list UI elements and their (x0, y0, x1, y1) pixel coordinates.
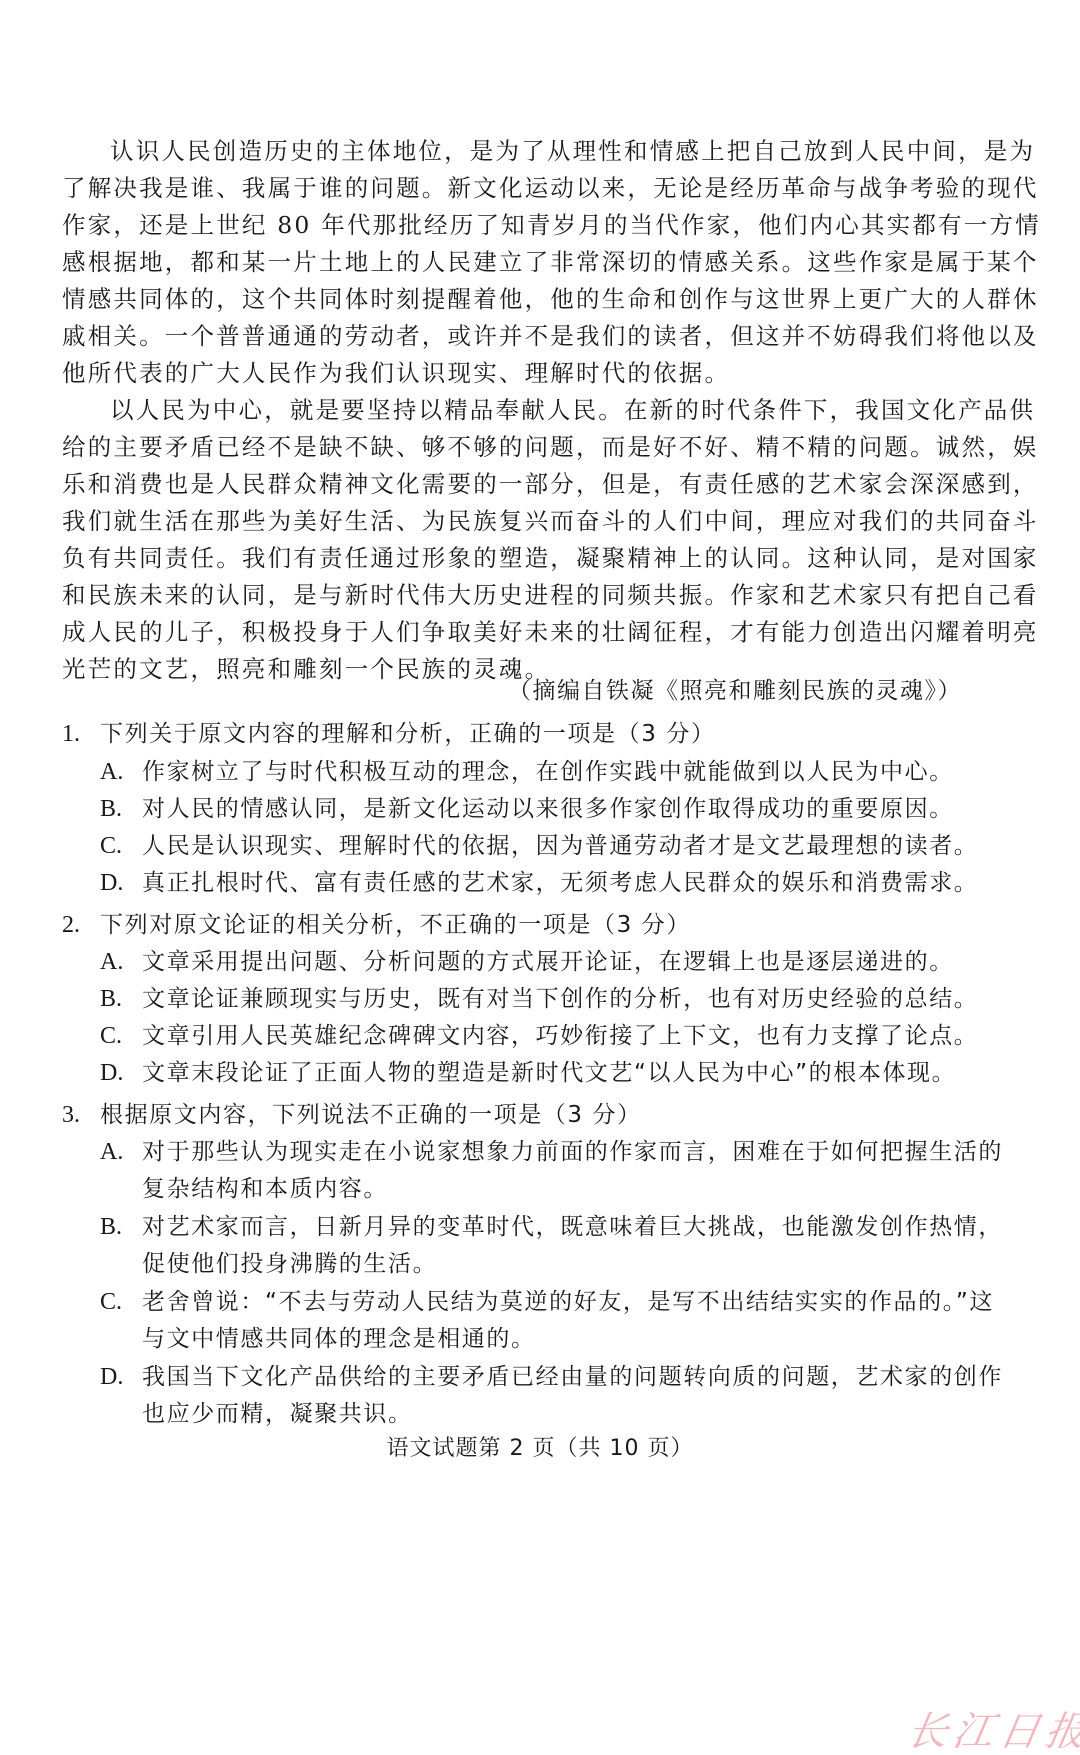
option-text: 文章采用提出问题、分析问题的方式展开论证，在逻辑上也是逐层递进的。 (142, 949, 954, 975)
option-a[interactable]: A.对于那些认为现实走在小说家想象力前面的作家而言，困难在于如何把握生活的 (100, 1137, 1003, 1167)
option-letter: A. (100, 757, 142, 787)
option-text: 我国当下文化产品供给的主要矛盾已经由量的问题转向质的问题，艺术家的创作 (142, 1364, 1003, 1390)
option-text: 对于那些认为现实走在小说家想象力前面的作家而言，困难在于如何把握生活的 (142, 1139, 1003, 1165)
option-letter: A. (100, 1137, 142, 1167)
option-c-continued: 与文中情感共同体的理念是相通的。 (142, 1324, 536, 1354)
option-letter: B. (100, 984, 142, 1014)
option-a[interactable]: A.作家树立了与时代积极互动的理念，在创作实践中就能做到以人民为中心。 (100, 757, 954, 787)
passage-line: 给的主要矛盾已经不是缺不缺、够不够的问题，而是好不好、精不精的问题。诚然，娱 (62, 432, 1020, 462)
option-c[interactable]: C.老舍曾说：“不去与劳动人民结为莫逆的好友，是写不出结结实实的作品的。”这 (100, 1287, 994, 1317)
passage-line: 戚相关。一个普普通通的劳动者，或许并不是我们的读者，但这并不妨碍我们将他以及 (62, 321, 1020, 351)
option-text: 对人民的情感认同，是新文化运动以来很多作家创作取得成功的重要原因。 (142, 796, 954, 822)
question-text: 下列关于原文内容的理解和分析，正确的一项是（3 分） (100, 721, 716, 747)
option-letter: C. (100, 1021, 142, 1051)
option-letter: C. (100, 1287, 142, 1317)
option-d[interactable]: D.文章末段论证了正面人物的塑造是新时代文艺“以人民为中心”的根本体现。 (100, 1058, 956, 1088)
newspaper-watermark: 长江日报 (903, 1700, 1080, 1755)
passage-line: 我们就生活在那些为美好生活、为民族复兴而奋斗的人们中间，理应对我们的共同奋斗 (62, 506, 1020, 536)
question-text: 下列对原文论证的相关分析，不正确的一项是（3 分） (100, 912, 691, 938)
passage-citation: （摘编自铁凝《照亮和雕刻民族的灵魂》） (508, 676, 962, 706)
page-footer: 语文试题第 2 页（共 10 页） (0, 1434, 1080, 1464)
question-text: 根据原文内容，下列说法不正确的一项是（3 分） (100, 1102, 642, 1128)
passage-line: 乐和消费也是人民群众精神文化需要的一部分，但是，有责任感的艺术家会深深感到， (62, 469, 1020, 499)
option-text: 人民是认识现实、理解时代的依据，因为普通劳动者才是文艺最理想的读者。 (142, 833, 978, 859)
question-number: 2. (62, 910, 100, 940)
passage-line: 了解决我是谁、我属于谁的问题。新文化运动以来，无论是经历革命与战争考验的现代 (62, 173, 1020, 203)
passage-line: 成人民的儿子，积极投身于人们争取美好未来的壮阔征程，才有能力创造出闪耀着明亮 (62, 617, 1020, 647)
option-text: 文章论证兼顾现实与历史，既有对当下创作的分析，也有对历史经验的总结。 (142, 986, 978, 1012)
option-d[interactable]: D.真正扎根时代、富有责任感的艺术家，无须考虑人民群众的娱乐和消费需求。 (100, 868, 978, 898)
question-stem: 1.下列关于原文内容的理解和分析，正确的一项是（3 分） (62, 719, 716, 749)
passage-line: 作家，还是上世纪 80 年代那批经历了知青岁月的当代作家，他们内心其实都有一方情 (62, 210, 1020, 240)
option-text: 对艺术家而言，日新月异的变革时代，既意味着巨大挑战，也能激发创作热情， (142, 1214, 1003, 1240)
option-letter: B. (100, 794, 142, 824)
question-number: 1. (62, 719, 100, 749)
option-letter: D. (100, 1362, 142, 1392)
option-b-continued: 促使他们投身沸腾的生活。 (142, 1249, 437, 1279)
option-text: 真正扎根时代、富有责任感的艺术家，无须考虑人民群众的娱乐和消费需求。 (142, 870, 978, 896)
option-letter: C. (100, 831, 142, 861)
option-text: 作家树立了与时代积极互动的理念，在创作实践中就能做到以人民为中心。 (142, 759, 954, 785)
option-b[interactable]: B.对人民的情感认同，是新文化运动以来很多作家创作取得成功的重要原因。 (100, 794, 954, 824)
option-letter: A. (100, 947, 142, 977)
exam-page: 认识人民创造历史的主体地位，是为了从理性和情感上把自己放到人民中间，是为 了解决… (0, 0, 1080, 1755)
passage-line: 他所代表的广大人民作为我们认识现实、理解时代的依据。 (62, 358, 1020, 388)
passage-line: 负有共同责任。我们有责任通过形象的塑造，凝聚精神上的认同。这种认同，是对国家 (62, 543, 1020, 573)
option-text: 老舍曾说：“不去与劳动人民结为莫逆的好友，是写不出结结实实的作品的。”这 (142, 1289, 994, 1315)
option-letter: D. (100, 1058, 142, 1088)
passage-line: 和民族未来的认同，是与新时代伟大历史进程的同频共振。作家和艺术家只有把自己看 (62, 580, 1020, 610)
option-b[interactable]: B.对艺术家而言，日新月异的变革时代，既意味着巨大挑战，也能激发创作热情， (100, 1212, 1003, 1242)
option-text: 文章引用人民英雄纪念碑碑文内容，巧妙衔接了上下文，也有力支撑了论点。 (142, 1023, 978, 1049)
question-number: 3. (62, 1100, 100, 1130)
option-a-continued: 复杂结构和本质内容。 (142, 1174, 388, 1204)
option-text: 文章末段论证了正面人物的塑造是新时代文艺“以人民为中心”的根本体现。 (142, 1060, 956, 1086)
passage-line: 以人民为中心，就是要坚持以精品奉献人民。在新的时代条件下，我国文化产品供 (110, 395, 1020, 425)
option-c[interactable]: C.文章引用人民英雄纪念碑碑文内容，巧妙衔接了上下文，也有力支撑了论点。 (100, 1021, 978, 1051)
option-d-continued: 也应少而精，凝聚共识。 (142, 1399, 413, 1429)
passage-line: 感根据地，都和某一片土地上的人民建立了非常深切的情感关系。这些作家是属于某个 (62, 247, 1020, 277)
option-c[interactable]: C.人民是认识现实、理解时代的依据，因为普通劳动者才是文艺最理想的读者。 (100, 831, 978, 861)
option-d[interactable]: D.我国当下文化产品供给的主要矛盾已经由量的问题转向质的问题，艺术家的创作 (100, 1362, 1003, 1392)
option-letter: B. (100, 1212, 142, 1242)
question-stem: 2.下列对原文论证的相关分析，不正确的一项是（3 分） (62, 910, 691, 940)
option-letter: D. (100, 868, 142, 898)
question-stem: 3.根据原文内容，下列说法不正确的一项是（3 分） (62, 1100, 642, 1130)
option-b[interactable]: B.文章论证兼顾现实与历史，既有对当下创作的分析，也有对历史经验的总结。 (100, 984, 978, 1014)
passage-line: 情感共同体的，这个共同体时刻提醒着他，他的生命和创作与这世界上更广大的人群休 (62, 284, 1020, 314)
option-a[interactable]: A.文章采用提出问题、分析问题的方式展开论证，在逻辑上也是逐层递进的。 (100, 947, 954, 977)
passage-line: 认识人民创造历史的主体地位，是为了从理性和情感上把自己放到人民中间，是为 (110, 136, 1020, 166)
